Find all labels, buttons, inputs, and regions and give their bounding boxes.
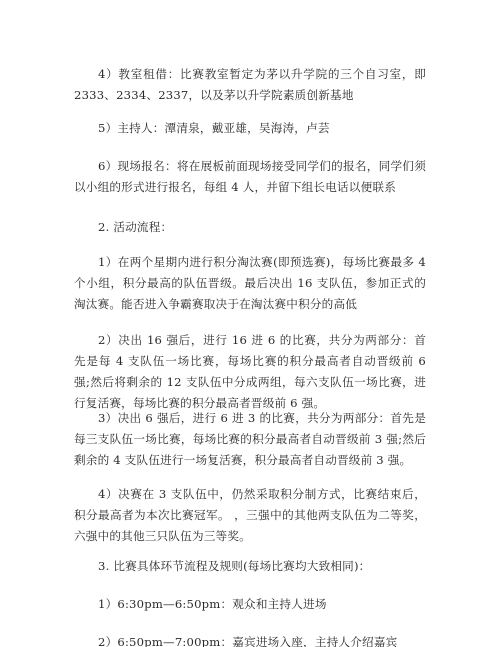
section-heading-process: 2. 活动流程： bbox=[74, 217, 426, 238]
paragraph-step-1: 1）在两个星期内进行积分淘汰赛(即预选赛)，每场比赛最多 4 个小组，积分最高的… bbox=[74, 252, 426, 315]
section-heading-rules: 3. 比赛具体环节流程及规则(每场比赛均大致相同)： bbox=[74, 556, 426, 577]
schedule-item-2: 2）6:50pm—7:00pm：嘉宾进场入座，主持人介绍嘉宾 bbox=[74, 632, 426, 647]
paragraph-step-3: 3）决出 6 强后，进行 6 进 3 的比赛，共分为两部分：首先是每三支队伍一场… bbox=[74, 408, 426, 471]
schedule-item-1: 1）6:30pm—6:50pm：观众和主持人进场 bbox=[74, 594, 426, 615]
paragraph-venue: 4）教室租借：比赛教室暂定为茅以升学院的三个自习室，即 2333、2334、23… bbox=[74, 64, 426, 106]
paragraph-hosts: 5）主持人：潭清泉，戴亚雄，吴海涛，卢芸 bbox=[74, 118, 426, 139]
paragraph-step-4: 4）决赛在 3 支队伍中，仍然采取积分制方式，比赛结束后，积分最高者为本次比赛冠… bbox=[74, 484, 426, 547]
paragraph-registration: 6）现场报名：将在展板前面现场接受同学们的报名，同学们须以小组的形式进行报名，每… bbox=[74, 156, 426, 198]
paragraph-step-2: 2）决出 16 强后，进行 16 进 6 的比赛，共分为两部分：首先是每 4 支… bbox=[74, 330, 426, 414]
